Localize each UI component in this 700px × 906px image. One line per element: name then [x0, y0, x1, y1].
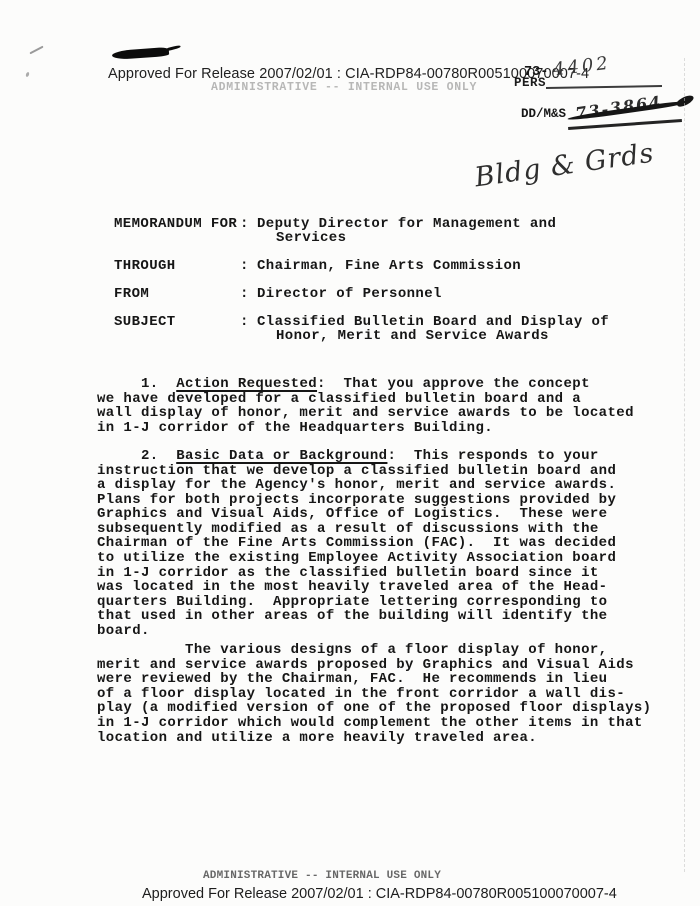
page-edge-line [684, 58, 685, 872]
body-line: we have developed for a classified bulle… [97, 392, 652, 407]
body-line: merit and service awards proposed by Gra… [97, 658, 652, 673]
body-line: a display for the Agency's honor, merit … [97, 478, 652, 493]
memo-header-colon: : [240, 287, 257, 301]
body-line: to utilize the existing Employee Activit… [97, 551, 652, 566]
body-line: instruction that we develop a classified… [97, 464, 652, 479]
memo-body: 1. Action Requested: That you approve th… [97, 377, 652, 759]
memo-header-value: Deputy Director for Management andServic… [257, 217, 609, 245]
ddms-label: DD/M&S [521, 107, 566, 121]
memo-header-label: THROUGH [114, 259, 240, 273]
memo-header-row: THROUGH:Chairman, Fine Arts Commission [114, 259, 609, 273]
body-line: in 1-J corridor which would complement t… [97, 716, 652, 731]
memo-header-colon: : [240, 259, 257, 273]
memo-header-row: SUBJECT:Classified Bulletin Board and Di… [114, 315, 609, 343]
underlined-phrase: Basic Data or Background [176, 448, 387, 464]
memo-header-value: Chairman, Fine Arts Commission [257, 259, 609, 273]
body-line: subsequently modified as a result of dis… [97, 522, 652, 537]
body-line: in 1-J corridor of the Headquarters Buil… [97, 421, 652, 436]
body-line: wall display of honor, merit and service… [97, 406, 652, 421]
memo-header-label: MEMORANDUM FOR [114, 217, 240, 245]
body-line: board. [97, 624, 652, 639]
paragraph: 2. Basic Data or Background: This respon… [97, 449, 652, 638]
paragraph: 1. Action Requested: That you approve th… [97, 377, 652, 435]
handwritten-routing-note: Bldg & Grds [473, 138, 656, 194]
body-line: was located in the most heavily traveled… [97, 580, 652, 595]
body-line: quarters Building. Appropriate lettering… [97, 595, 652, 610]
memo-header-colon: : [240, 315, 257, 343]
pencil-mark [29, 46, 43, 55]
body-line: that used in other areas of the building… [97, 609, 652, 624]
body-line: 2. Basic Data or Background: This respon… [97, 449, 652, 464]
body-line: of a floor display located in the front … [97, 687, 652, 702]
memo-header-block: MEMORANDUM FOR:Deputy Director for Manag… [114, 217, 609, 357]
body-line: in 1-J corridor as the classified bullet… [97, 566, 652, 581]
underline-mark [546, 85, 662, 89]
memo-page: Approved For Release 2007/02/01 : CIA-RD… [0, 0, 700, 906]
body-line: Chairman of the Fine Arts Commission (FA… [97, 536, 652, 551]
memo-header-value: Classified Bulletin Board and Display of… [257, 315, 609, 343]
body-line: Plans for both projects incorporate sugg… [97, 493, 652, 508]
body-line: play (a modified version of one of the p… [97, 701, 652, 716]
body-line: were reviewed by the Chairman, FAC. He r… [97, 672, 652, 687]
paragraph: The various designs of a floor display o… [97, 643, 652, 745]
memo-header-row: MEMORANDUM FOR:Deputy Director for Manag… [114, 217, 609, 245]
memo-header-label: FROM [114, 287, 240, 301]
file-number-prefix: 73- [524, 65, 548, 80]
classification-stamp-bottom: ADMINISTRATIVE -- INTERNAL USE ONLY [203, 870, 441, 882]
body-line: 1. Action Requested: That you approve th… [97, 377, 652, 392]
body-line: The various designs of a floor display o… [97, 643, 652, 658]
pencil-mark [25, 72, 30, 78]
memo-header-label: SUBJECT [114, 315, 240, 343]
declassification-footer-line: Approved For Release 2007/02/01 : CIA-RD… [142, 886, 617, 902]
file-number-handwritten: 4402 [552, 53, 612, 81]
memo-header-row: FROM:Director of Personnel [114, 287, 609, 301]
memo-header-colon: : [240, 217, 257, 245]
classification-stamp-top: ADMINISTRATIVE -- INTERNAL USE ONLY [211, 81, 477, 94]
memo-header-value: Director of Personnel [257, 287, 609, 301]
body-line: Graphics and Visual Aids, Office of Logi… [97, 507, 652, 522]
underlined-phrase: Action Requested [176, 376, 317, 392]
body-line: location and utilize a more heavily trav… [97, 731, 652, 746]
ink-smudge [112, 47, 169, 60]
